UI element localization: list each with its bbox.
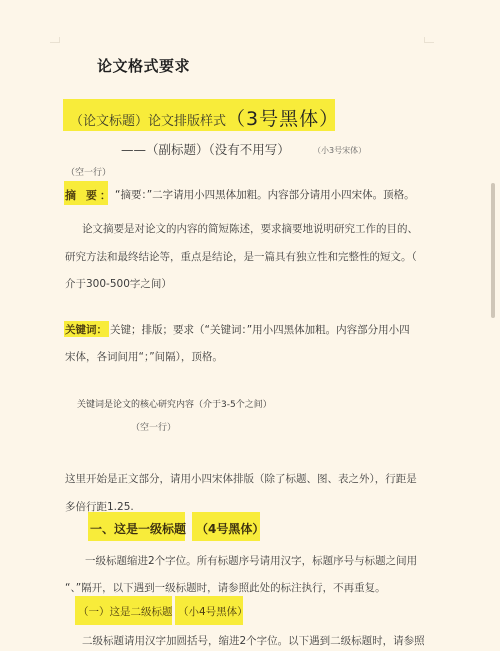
abstract-line: 研究方法和最终结论等，重点是结论，是一篇具有独立性和完整性的短文。（: [65, 249, 417, 264]
keywords-rule: 关键；排版；要求（“关键词：”用小四黑体加粗。内容部分用小四: [110, 322, 410, 337]
abstract-label: 摘 要：: [65, 187, 114, 203]
document-title: 论文格式要求: [97, 55, 190, 76]
abstract-line: 介于300-500字之间）: [65, 276, 172, 291]
keywords-note: 关键词是论文的核心研究内容（介于3-5个之间）: [77, 397, 272, 410]
heading-1-desc-line: “、”隔开，以下遇到一级标题时，请参照此处的标注执行，不再重复。: [65, 580, 386, 595]
abstract-rule: “摘要：”二字请用小四黑体加粗。内容部分请用小四宋体。顶格。: [115, 187, 415, 202]
heading-1-desc-line: 一级标题缩进2个字位。所有标题序号请用汉字，标题序号与标题之间用: [85, 553, 417, 568]
main-title-size-note: （3号黑体）: [226, 108, 339, 130]
keywords-rule-line2: 宋体，各词间用“；”间隔），顶格。: [65, 349, 223, 364]
blank-line-note: （空一行）: [131, 420, 176, 433]
abstract-line: 论文摘要是对论文的内容的简短陈述，要求摘要地说明研究工作的目的、: [82, 221, 418, 236]
heading-1: 一、这是一级标题: [90, 520, 186, 537]
heading-2-note: （小4号黑体）: [178, 604, 248, 619]
heading-2: （一）这是二级标题: [78, 604, 173, 619]
vertical-scrollbar[interactable]: [488, 0, 498, 651]
scrollbar-thumb[interactable]: [491, 183, 495, 318]
blank-line-note: （空一行）: [66, 165, 111, 178]
page-corner-mark-top-right: [424, 37, 434, 43]
subtitle: ——（副标题）（没有不用写）: [121, 140, 290, 158]
page-corner-mark-top-left: [50, 37, 60, 43]
heading-2-desc-line: 二级标题请用汉字加圆括号，缩进2个字位。以下遇到二级标题时，请参照: [82, 633, 425, 648]
subtitle-note: （小3号宋体）: [313, 145, 366, 156]
main-title: （论文标题）论文排版样式（3号黑体）: [70, 104, 339, 131]
keywords-label: 关键词：: [65, 322, 107, 337]
main-title-prefix: （论文标题）论文排版样式: [70, 114, 226, 129]
heading-1-note: （4号黑体）: [196, 520, 264, 537]
document-page: 论文格式要求 （论文标题）论文排版样式（3号黑体） ——（副标题）（没有不用写）…: [0, 0, 500, 651]
body-line: 这里开始是正文部分，请用小四宋体排版（除了标题、图、表之外），行距是: [65, 471, 417, 486]
